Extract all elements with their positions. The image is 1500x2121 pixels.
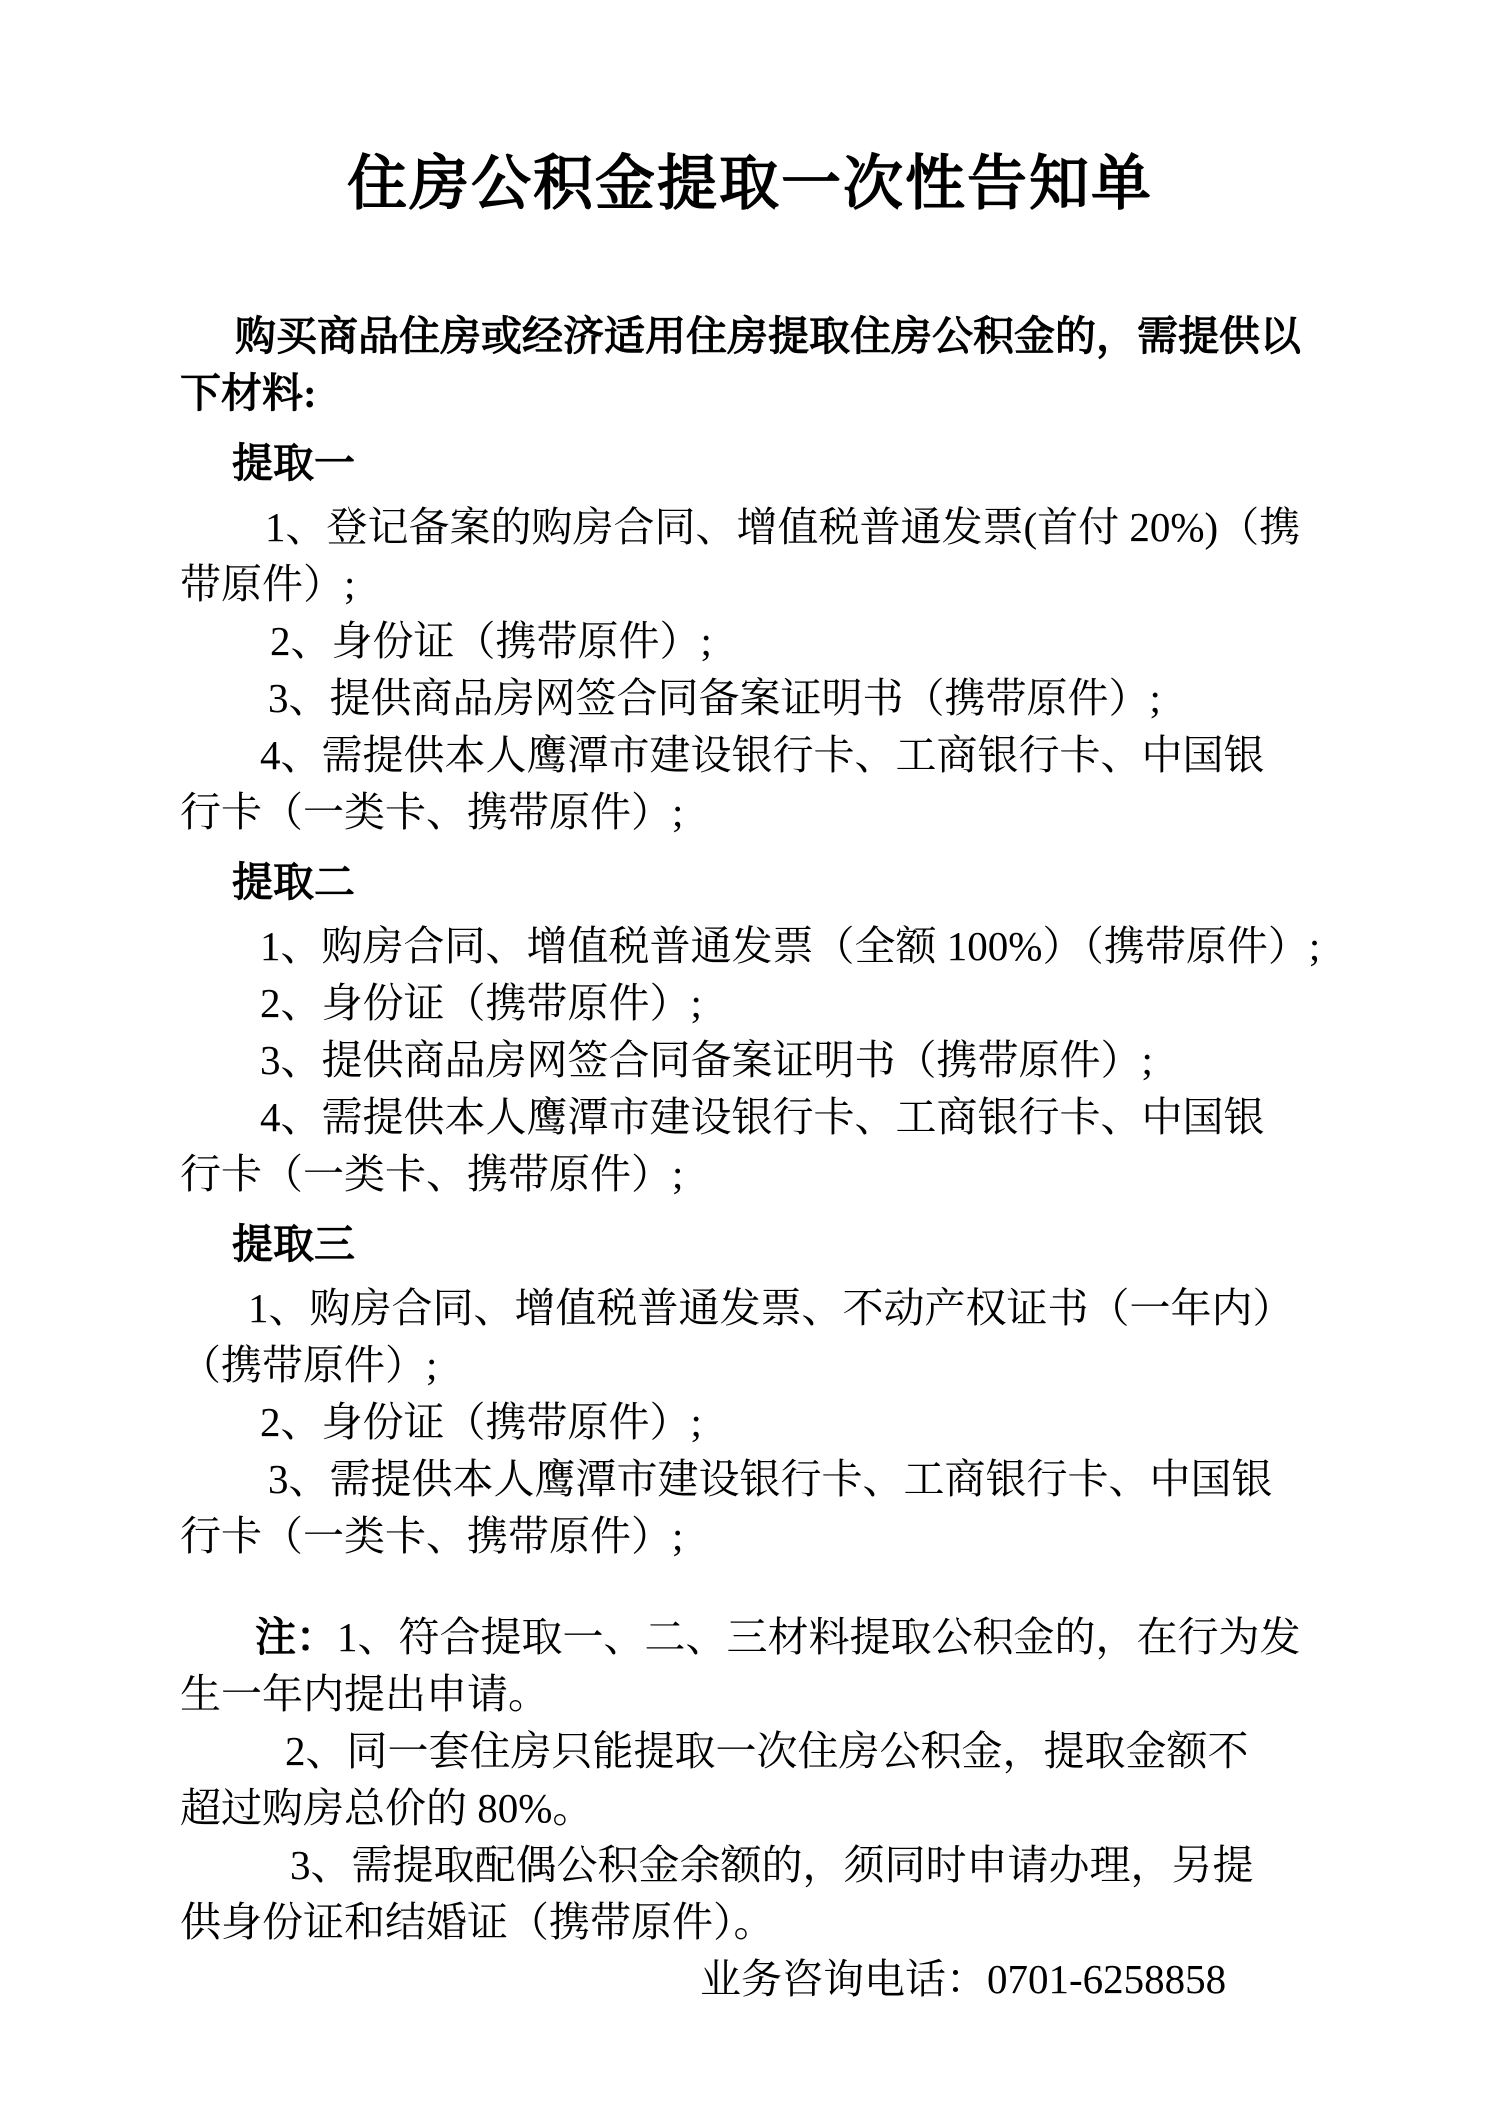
note-line: 3、需提取配偶公积金余额的，须同时申请办理，另提 [180, 1837, 1300, 1894]
intro-line-1: 购买商品住房或经济适用住房提取住房公积金的，需提供以 [180, 308, 1300, 365]
section-1-line: 4、需提供本人鹰潭市建设银行卡、工商银行卡、中国银 [180, 727, 1300, 784]
phone-line: 业务咨询电话：0701-6258858 [180, 1951, 1300, 2008]
section-3-line: 3、需提供本人鹰潭市建设银行卡、工商银行卡、中国银 [180, 1451, 1300, 1508]
section-1-line: 3、提供商品房网签合同备案证明书（携带原件）; [180, 670, 1300, 727]
notes-block: 注：1、符合提取一、二、三材料提取公积金的，在行为发 生一年内提出申请。 2、同… [180, 1609, 1300, 1951]
section-3-line: （携带原件）; [180, 1337, 1300, 1394]
intro-line-2: 下材料: [180, 365, 1300, 422]
document-page: 住房公积金提取一次性告知单 购买商品住房或经济适用住房提取住房公积金的，需提供以… [0, 0, 1500, 2121]
document-body: 购买商品住房或经济适用住房提取住房公积金的，需提供以 下材料: 提取一 1、登记… [180, 308, 1300, 2008]
note-line: 注：1、符合提取一、二、三材料提取公积金的，在行为发 [180, 1609, 1300, 1666]
section-3-line: 行卡（一类卡、携带原件）; [180, 1508, 1300, 1565]
section-3-heading: 提取三 [180, 1216, 1300, 1273]
section-2-line: 行卡（一类卡、携带原件）; [180, 1146, 1300, 1203]
note-line: 生一年内提出申请。 [180, 1666, 1300, 1723]
section-2-line: 4、需提供本人鹰潭市建设银行卡、工商银行卡、中国银 [180, 1089, 1300, 1146]
document-title: 住房公积金提取一次性告知单 [0, 136, 1500, 222]
note-text: 1、符合提取一、二、三材料提取公积金的，在行为发 [337, 1614, 1301, 1660]
section-1-line: 1、登记备案的购房合同、增值税普通发票(首付 20%)（携 [180, 499, 1300, 556]
note-line: 超过购房总价的 80%。 [180, 1780, 1300, 1837]
section-2-heading: 提取二 [180, 854, 1300, 911]
note-line: 供身份证和结婚证（携带原件）。 [180, 1894, 1300, 1951]
note-line: 2、同一套住房只能提取一次住房公积金，提取金额不 [180, 1723, 1300, 1780]
notes-label: 注： [255, 1614, 337, 1660]
section-1-heading: 提取一 [180, 435, 1300, 492]
section-1-line: 行卡（一类卡、携带原件）; [180, 784, 1300, 841]
section-3-line: 1、购房合同、增值税普通发票、不动产权证书（一年内） [180, 1280, 1300, 1337]
section-3-line: 2、身份证（携带原件）; [180, 1394, 1300, 1451]
section-2-line: 2、身份证（携带原件）; [180, 975, 1300, 1032]
section-1-line: 2、身份证（携带原件）; [180, 613, 1300, 670]
section-2-line: 1、购房合同、增值税普通发票（全额 100%）（携带原件）; [180, 918, 1300, 975]
section-2-line: 3、提供商品房网签合同备案证明书（携带原件）; [180, 1032, 1300, 1089]
section-1-line: 带原件）; [180, 556, 1300, 613]
